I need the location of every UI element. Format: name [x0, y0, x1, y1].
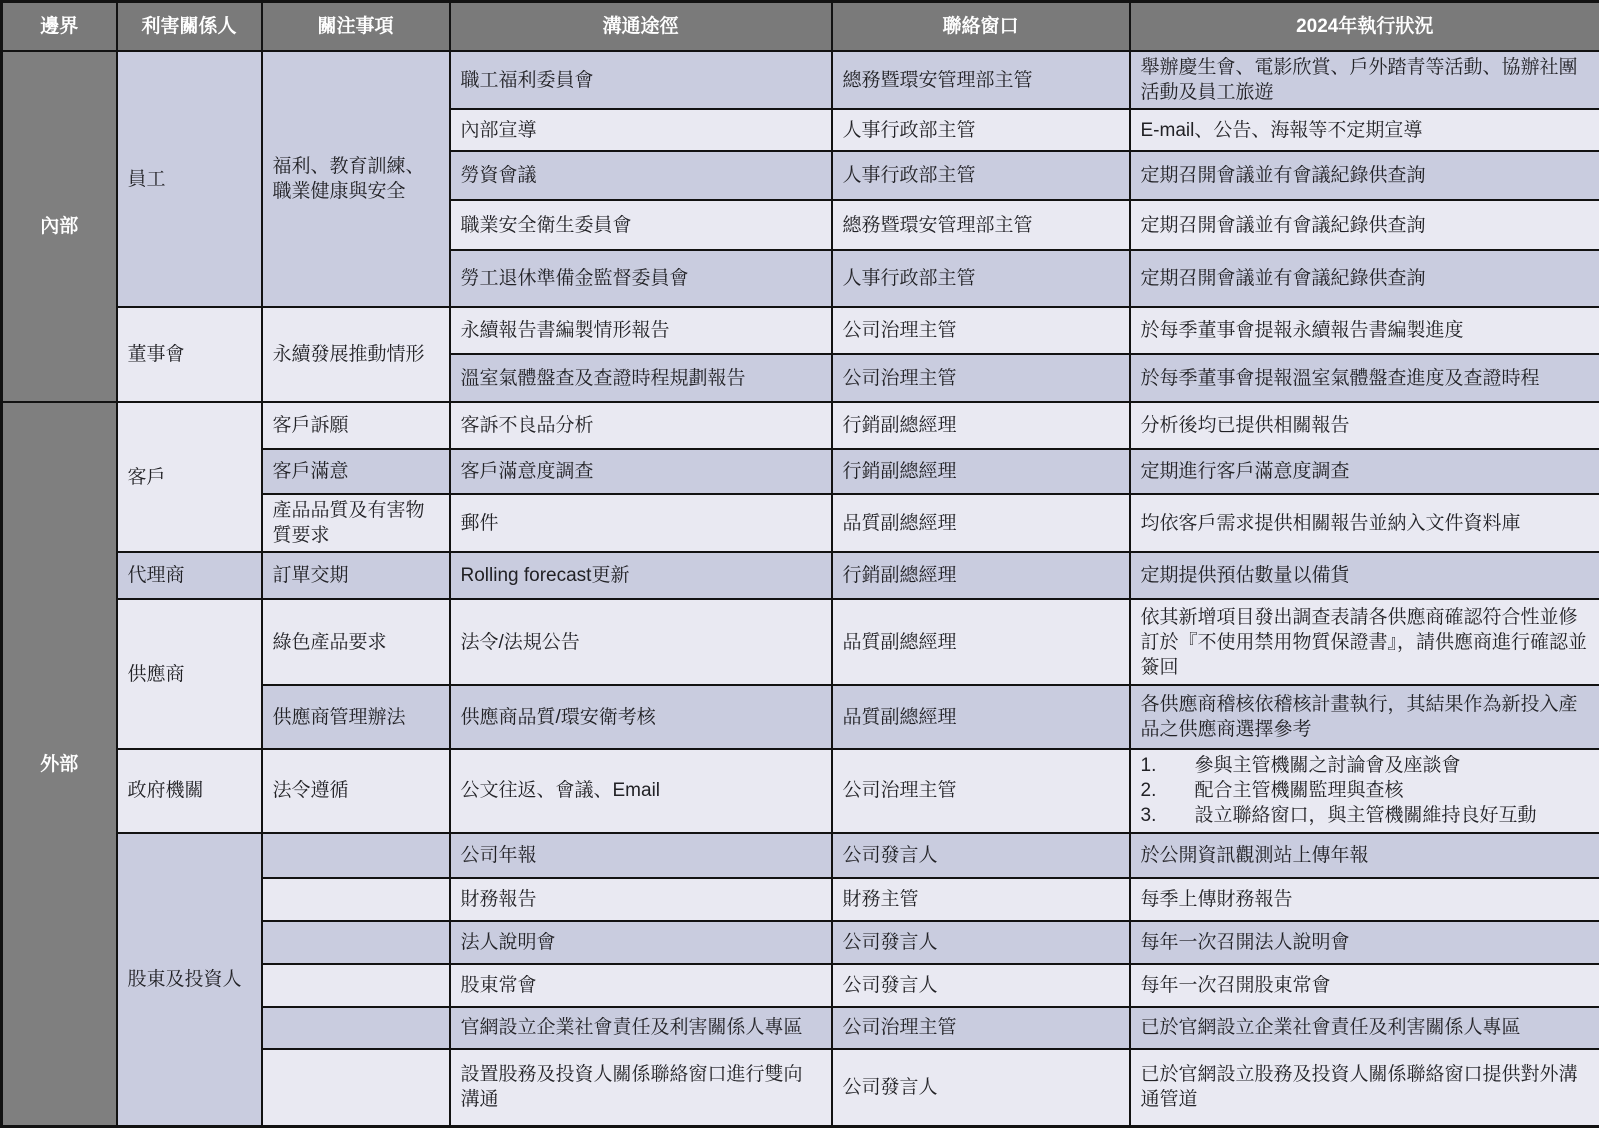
column-header: 利害關係人	[117, 2, 262, 52]
channel-cell: 財務報告	[450, 878, 832, 921]
table-row: 股東及投資人公司年報公司發言人於公開資訊觀測站上傳年報	[2, 833, 1599, 878]
table-body: 內部員工福利、教育訓練、職業健康與安全職工福利委員會總務暨環安管理部主管舉辦慶生…	[2, 51, 1599, 1127]
concern-cell	[262, 921, 450, 964]
header-row: 邊界利害關係人關注事項溝通途徑聯絡窗口2024年執行狀況	[2, 2, 1599, 52]
contact-cell: 總務暨環安管理部主管	[832, 200, 1130, 250]
concern-cell	[262, 964, 450, 1007]
channel-cell: 法令/法規公告	[450, 599, 832, 685]
column-header: 邊界	[2, 2, 117, 52]
contact-cell: 公司治理主管	[832, 354, 1130, 402]
status-cell: 分析後均已提供相關報告	[1130, 402, 1599, 449]
table-row: 政府機關法令遵循公文往返、會議、Email公司治理主管1.參與主管機關之討論會及…	[2, 749, 1599, 832]
concern-cell: 產品品質及有害物質要求	[262, 494, 450, 552]
channel-cell: 客訴不良品分析	[450, 402, 832, 449]
stakeholder-cell: 董事會	[117, 307, 262, 402]
list-text: 設立聯絡窗口，與主管機關維持良好互動	[1195, 803, 1590, 828]
concern-cell: 客戶訴願	[262, 402, 450, 449]
stakeholder-engagement-table: 邊界利害關係人關注事項溝通途徑聯絡窗口2024年執行狀況 內部員工福利、教育訓練…	[0, 0, 1599, 1128]
channel-cell: 內部宣導	[450, 109, 832, 151]
list-text: 參與主管機關之討論會及座談會	[1195, 753, 1590, 778]
contact-cell: 公司發言人	[832, 921, 1130, 964]
status-cell: 定期進行客戶滿意度調查	[1130, 449, 1599, 494]
status-cell: 1.參與主管機關之討論會及座談會2.配合主管機關監理與查核3.設立聯絡窗口，與主…	[1130, 749, 1599, 832]
concern-cell: 法令遵循	[262, 749, 450, 832]
concern-cell	[262, 833, 450, 878]
channel-cell: 郵件	[450, 494, 832, 552]
stakeholder-cell: 供應商	[117, 599, 262, 749]
contact-cell: 公司治理主管	[832, 307, 1130, 354]
concern-cell: 永續發展推動情形	[262, 307, 450, 402]
contact-cell: 公司治理主管	[832, 1007, 1130, 1049]
status-cell: 於每季董事會提報溫室氣體盤查進度及查證時程	[1130, 354, 1599, 402]
table-row: 董事會永續發展推動情形永續報告書編製情形報告公司治理主管於每季董事會提報永續報告…	[2, 307, 1599, 354]
status-cell: 每季上傳財務報告	[1130, 878, 1599, 921]
contact-cell: 品質副總經理	[832, 685, 1130, 749]
channel-cell: 職業安全衛生委員會	[450, 200, 832, 250]
column-header: 關注事項	[262, 2, 450, 52]
contact-cell: 品質副總經理	[832, 494, 1130, 552]
column-header: 聯絡窗口	[832, 2, 1130, 52]
status-cell: 定期召開會議並有會議紀錄供查詢	[1130, 200, 1599, 250]
list-text: 配合主管機關監理與查核	[1195, 778, 1590, 803]
channel-cell: 官網設立企業社會責任及利害關係人專區	[450, 1007, 832, 1049]
concern-cell	[262, 1049, 450, 1127]
channel-cell: 公司年報	[450, 833, 832, 878]
status-cell: 於公開資訊觀測站上傳年報	[1130, 833, 1599, 878]
status-cell: 已於官網設立股務及投資人關係聯絡窗口提供對外溝通管道	[1130, 1049, 1599, 1127]
contact-cell: 行銷副總經理	[832, 552, 1130, 599]
stakeholder-cell: 客戶	[117, 402, 262, 552]
contact-cell: 總務暨環安管理部主管	[832, 51, 1130, 109]
stakeholder-engagement-table-wrap: 邊界利害關係人關注事項溝通途徑聯絡窗口2024年執行狀況 內部員工福利、教育訓練…	[0, 0, 1599, 1128]
channel-cell: 溫室氣體盤查及查證時程規劃報告	[450, 354, 832, 402]
contact-cell: 公司發言人	[832, 964, 1130, 1007]
contact-cell: 人事行政部主管	[832, 151, 1130, 200]
table-row: 外部客戶客戶訴願客訴不良品分析行銷副總經理分析後均已提供相關報告	[2, 402, 1599, 449]
channel-cell: 法人說明會	[450, 921, 832, 964]
channel-cell: 永續報告書編製情形報告	[450, 307, 832, 354]
status-cell: E-mail、公告、海報等不定期宣導	[1130, 109, 1599, 151]
status-cell: 每年一次召開法人說明會	[1130, 921, 1599, 964]
status-cell: 定期召開會議並有會議紀錄供查詢	[1130, 151, 1599, 200]
contact-cell: 人事行政部主管	[832, 109, 1130, 151]
stakeholder-cell: 政府機關	[117, 749, 262, 832]
column-header: 2024年執行狀況	[1130, 2, 1599, 52]
concern-cell	[262, 1007, 450, 1049]
status-cell: 均依客戶需求提供相關報告並納入文件資料庫	[1130, 494, 1599, 552]
table-row: 供應商綠色產品要求法令/法規公告品質副總經理依其新增項目發出調查表請各供應商確認…	[2, 599, 1599, 685]
concern-cell: 福利、教育訓練、職業健康與安全	[262, 51, 450, 307]
contact-cell: 公司發言人	[832, 833, 1130, 878]
channel-cell: 供應商品質/環安衛考核	[450, 685, 832, 749]
concern-cell: 客戶滿意	[262, 449, 450, 494]
status-cell: 已於官網設立企業社會責任及利害關係人專區	[1130, 1007, 1599, 1049]
channel-cell: 勞資會議	[450, 151, 832, 200]
stakeholder-cell: 股東及投資人	[117, 833, 262, 1127]
contact-cell: 人事行政部主管	[832, 250, 1130, 307]
channel-cell: 職工福利委員會	[450, 51, 832, 109]
channel-cell: Rolling forecast更新	[450, 552, 832, 599]
table-row: 代理商訂單交期Rolling forecast更新行銷副總經理定期提供預估數量以…	[2, 552, 1599, 599]
contact-cell: 行銷副總經理	[832, 449, 1130, 494]
contact-cell: 品質副總經理	[832, 599, 1130, 685]
status-cell: 於每季董事會提報永續報告書編製進度	[1130, 307, 1599, 354]
list-number: 2.	[1141, 778, 1195, 803]
status-cell: 依其新增項目發出調查表請各供應商確認符合性並修訂於『不使用禁用物質保證書』，請供…	[1130, 599, 1599, 685]
stakeholder-cell: 員工	[117, 51, 262, 307]
contact-cell: 財務主管	[832, 878, 1130, 921]
channel-cell: 設置股務及投資人關係聯絡窗口進行雙向溝通	[450, 1049, 832, 1127]
status-cell: 定期召開會議並有會議紀錄供查詢	[1130, 250, 1599, 307]
boundary-cell: 內部	[2, 51, 117, 402]
boundary-cell: 外部	[2, 402, 117, 1126]
channel-cell: 股東常會	[450, 964, 832, 1007]
status-cell: 各供應商稽核依稽核計畫執行，其結果作為新投入產品之供應商選擇參考	[1130, 685, 1599, 749]
list-number: 1.	[1141, 753, 1195, 778]
status-cell: 定期提供預估數量以備貨	[1130, 552, 1599, 599]
table-row: 內部員工福利、教育訓練、職業健康與安全職工福利委員會總務暨環安管理部主管舉辦慶生…	[2, 51, 1599, 109]
stakeholder-cell: 代理商	[117, 552, 262, 599]
concern-cell: 綠色產品要求	[262, 599, 450, 685]
status-cell: 舉辦慶生會、電影欣賞、戶外踏青等活動、協辦社團活動及員工旅遊	[1130, 51, 1599, 109]
contact-cell: 行銷副總經理	[832, 402, 1130, 449]
concern-cell: 訂單交期	[262, 552, 450, 599]
channel-cell: 客戶滿意度調查	[450, 449, 832, 494]
contact-cell: 公司治理主管	[832, 749, 1130, 832]
concern-cell	[262, 878, 450, 921]
channel-cell: 勞工退休準備金監督委員會	[450, 250, 832, 307]
column-header: 溝通途徑	[450, 2, 832, 52]
status-cell: 每年一次召開股東常會	[1130, 964, 1599, 1007]
numbered-list-item: 2.配合主管機關監理與查核	[1141, 778, 1590, 803]
numbered-list-item: 3.設立聯絡窗口，與主管機關維持良好互動	[1141, 803, 1590, 828]
list-number: 3.	[1141, 803, 1195, 828]
numbered-list-item: 1.參與主管機關之討論會及座談會	[1141, 753, 1590, 778]
contact-cell: 公司發言人	[832, 1049, 1130, 1127]
concern-cell: 供應商管理辦法	[262, 685, 450, 749]
channel-cell: 公文往返、會議、Email	[450, 749, 832, 832]
